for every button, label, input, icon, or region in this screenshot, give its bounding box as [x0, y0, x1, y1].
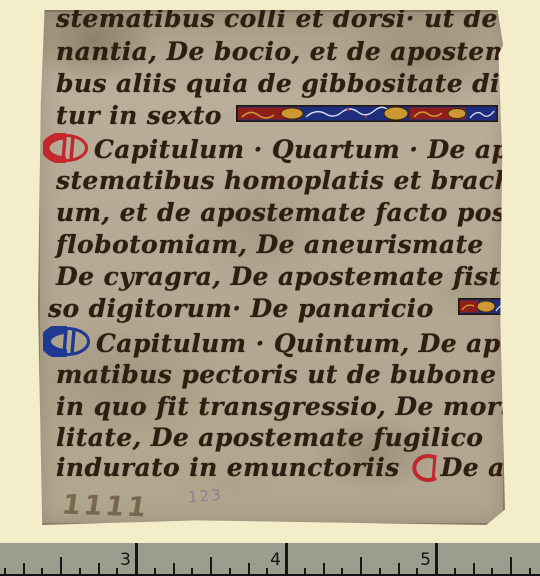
- ruler-tick: [60, 557, 62, 576]
- manuscript-line: De cyragra, De apostemate fistulo: [38, 261, 505, 294]
- line-text: De cyragra, De apostemate fistulo: [56, 262, 505, 291]
- line-text: flobotomiam, De aneurismate: [56, 230, 484, 259]
- ruler-tick: [248, 563, 250, 576]
- ruler-tick: [285, 543, 288, 576]
- manuscript-line: Capitulum · Quartum · De apo: [38, 133, 505, 166]
- manuscript-line: so digitorum· De panaricio: [38, 293, 505, 326]
- line-text: Capitulum · Quartum · De apo: [94, 135, 505, 164]
- ruler-tick: [79, 568, 81, 576]
- ruler-tick: [398, 563, 400, 576]
- ruler-tick: [529, 568, 531, 576]
- measurement-ruler: 345: [0, 543, 540, 576]
- ruler-tick: [135, 543, 138, 576]
- line-text: so digitorum· De panaricio: [48, 294, 434, 323]
- line-text: tur in sexto: [56, 101, 222, 130]
- ruler-tick: [229, 568, 231, 576]
- line-text: um, et de apostemate facto post: [56, 198, 505, 227]
- ruler-tick: [454, 568, 456, 576]
- manuscript-fragment: stematibus colli et dorsi· ut de sq nant…: [38, 10, 505, 525]
- ruler-tick: [360, 557, 362, 576]
- ruler-tick: [304, 568, 306, 576]
- ruler-tick: [473, 563, 475, 576]
- ruler-tick: [154, 568, 156, 576]
- ruler-tick: [510, 557, 512, 576]
- manuscript-line: stematibus colli et dorsi· ut de sq: [38, 10, 505, 36]
- line-text: bus aliis quia de gibbositate dici: [56, 69, 505, 98]
- line-filler-ornament-icon: [236, 105, 498, 122]
- line-text: De ap: [441, 453, 505, 482]
- line-text: stematibus colli et dorsi· ut de sq: [56, 10, 505, 33]
- manuscript-line: indurato in emunctoriis De ap: [38, 452, 505, 485]
- manuscript-line: Capitulum · Quintum, De apost: [38, 326, 505, 359]
- manuscript-line: litate, De apostemate fugilico: [38, 422, 505, 455]
- ruler-tick: [4, 568, 6, 576]
- line-filler-ornament-small-icon: [458, 298, 505, 315]
- manuscript-line: bus aliis quia de gibbositate dici: [38, 68, 505, 101]
- line-text: Capitulum · Quintum, De apost: [96, 329, 505, 358]
- ruler-tick: [210, 557, 212, 576]
- ruler-tick: [323, 563, 325, 576]
- ruler-tick: [98, 563, 100, 576]
- ruler-tick: [379, 568, 381, 576]
- photo-canvas: stematibus colli et dorsi· ut de sq nant…: [0, 0, 540, 576]
- line-text: litate, De apostemate fugilico: [56, 423, 483, 452]
- ruler-label: 4: [259, 550, 281, 570]
- line-text: in quo fit transgressio, De morta: [56, 392, 505, 421]
- ruler-tick: [41, 568, 43, 576]
- manuscript-line: flobotomiam, De aneurismate: [38, 229, 505, 262]
- manuscript-line: nantia, De bocio, et de apostemati: [38, 36, 505, 69]
- ruler-label: 3: [109, 550, 131, 570]
- line-text: stematibus homoplatis et brachi: [56, 166, 505, 195]
- pencil-folio-number: 123: [187, 486, 223, 507]
- line-text: nantia, De bocio, et de apostemati: [56, 37, 505, 66]
- ruler-label: 5: [409, 550, 431, 570]
- ruler-tick: [23, 563, 25, 576]
- capitulum-mark-red-small-icon: [406, 453, 440, 491]
- manuscript-line: um, et de apostemate facto post: [38, 197, 505, 230]
- line-text: indurato in emunctoriis: [56, 453, 400, 482]
- ruler-tick: [191, 568, 193, 576]
- ruler-tick: [341, 568, 343, 576]
- manuscript-line: matibus pectoris ut de bubone: [38, 359, 505, 392]
- manuscript-line: tur in sexto: [38, 100, 505, 133]
- line-text: matibus pectoris ut de bubone: [56, 360, 496, 389]
- ruler-tick: [173, 563, 175, 576]
- ruler-tick: [491, 568, 493, 576]
- pencil-tally-mark: 1111: [60, 489, 152, 523]
- manuscript-line: stematibus homoplatis et brachi: [38, 165, 505, 198]
- manuscript-line: in quo fit transgressio, De morta: [38, 391, 505, 424]
- ruler-tick: [435, 543, 438, 576]
